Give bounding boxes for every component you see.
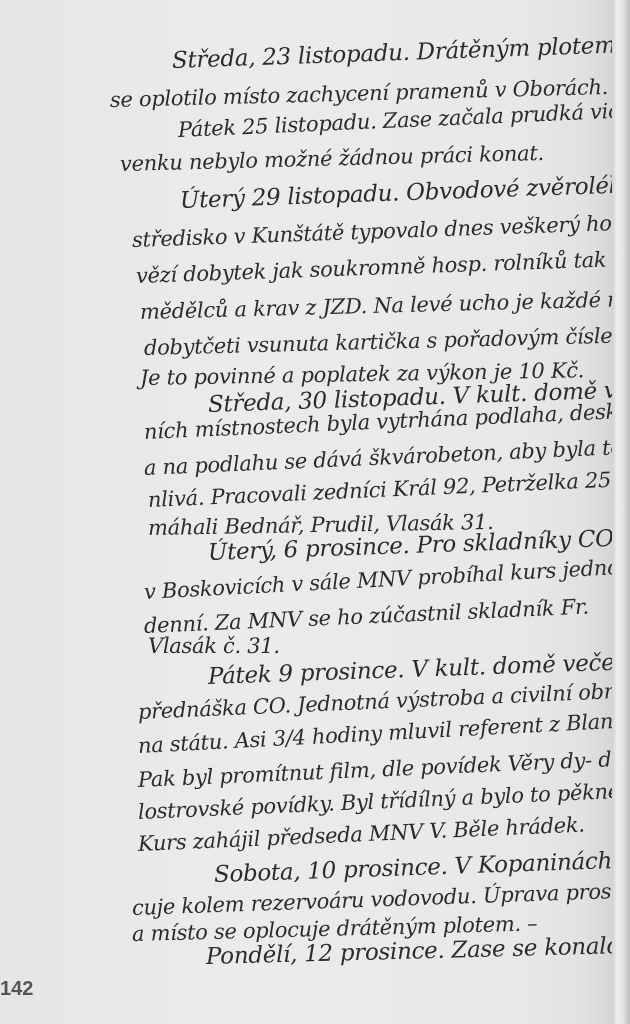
entry-3-line-2: středisko v Kunštátě typovalo dnes veške… [132,211,619,252]
page-number: 142 [0,978,33,1001]
entry-3-line-4: mědělců a krav z JZD. Na levé ucho je ka… [140,287,630,324]
scanned-page: Středa, 23 listopadu. Drátěným plotem se… [0,0,612,1024]
entry-2-line-2: venku nebylo možné žádnou práci konat. [120,141,544,176]
entry-3-line-1: Úterý 29 listopadu. Obvodové zvěrolékařs… [180,170,630,214]
book-gutter [612,0,630,1024]
entry-7-line-2: cuje kolem rezervoáru vodovodu. Úprava p… [132,878,630,920]
entry-5-line-4: Vlasák č. 31. [148,634,280,658]
entry-5-line-3: denní. Za MNV se ho zúčastnil skladník F… [143,595,589,638]
entry-3-line-3: vězí dobytek jak soukromně hosp. rolníků… [136,245,630,288]
entry-1-line-1: Středa, 23 listopadu. Drátěným plotem [172,33,616,74]
entry-3-line-5: dobytčeti vsunuta kartička s pořadovým č… [144,323,630,360]
